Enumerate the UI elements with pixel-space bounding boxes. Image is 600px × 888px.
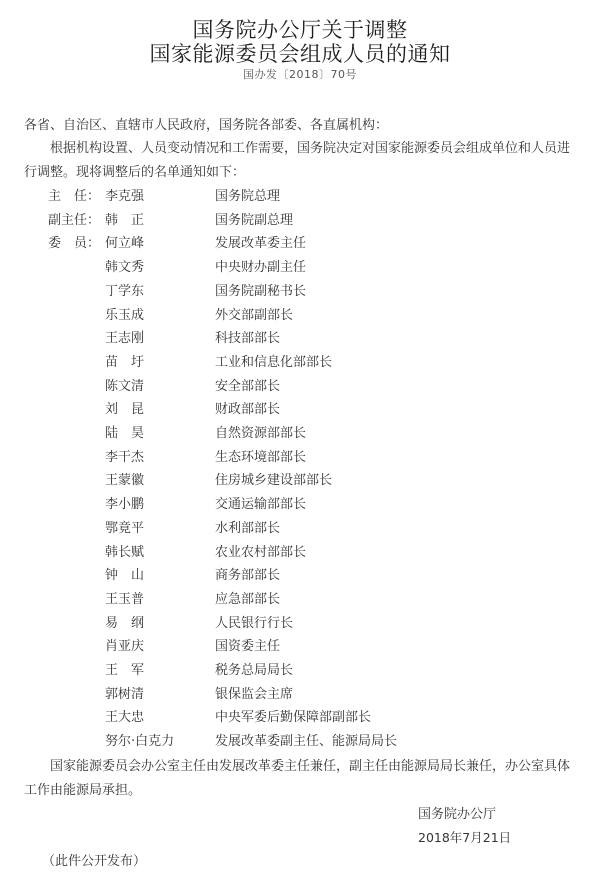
member-row: 刘 昆财政部部长 bbox=[0, 398, 600, 422]
closing-paragraph: 国家能源委员会办公室主任由发展改革委主任兼任，副主任由能源局局长兼任，办公室具体… bbox=[24, 755, 580, 802]
member-position: 商务部部长 bbox=[215, 564, 280, 588]
member-row: 易 纲人民银行行长 bbox=[0, 612, 600, 636]
member-position: 中央军委后勤保障部副部长 bbox=[215, 706, 371, 730]
member-position: 应急部部长 bbox=[215, 588, 280, 612]
public-release-note: （此件公开发布） bbox=[42, 850, 146, 873]
member-row: 委 员：何立峰发展改革委主任 bbox=[0, 232, 600, 256]
member-position: 安全部部长 bbox=[215, 375, 280, 399]
member-name: 王玉普 bbox=[105, 588, 144, 612]
member-name: 鄂竟平 bbox=[105, 517, 144, 541]
signature-date: 2018年7月21日 bbox=[418, 826, 511, 849]
member-position: 住房城乡建设部部长 bbox=[215, 469, 332, 493]
member-row: 李干杰生态环境部部长 bbox=[0, 446, 600, 470]
member-position: 外交部副部长 bbox=[215, 304, 293, 328]
member-position: 国务院总理 bbox=[215, 185, 280, 209]
member-row: 韩长赋农业农村部部长 bbox=[0, 541, 600, 565]
member-row: 王大忠中央军委后勤保障部副部长 bbox=[0, 706, 600, 730]
member-row: 努尔·白克力发展改革委副主任、能源局局长 bbox=[0, 730, 600, 754]
member-name: 易 纲 bbox=[105, 612, 144, 636]
member-name: 陆 昊 bbox=[105, 422, 144, 446]
member-row: 钟 山商务部部长 bbox=[0, 564, 600, 588]
member-position: 水利部部长 bbox=[215, 517, 280, 541]
member-role: 副主任： bbox=[48, 209, 106, 233]
member-row: 主 任：李克强国务院总理 bbox=[0, 185, 600, 209]
member-name: 韩文秀 bbox=[105, 256, 144, 280]
member-row: 王 军税务总局局长 bbox=[0, 659, 600, 683]
member-name: 乐玉成 bbox=[105, 304, 144, 328]
member-row: 肖亚庆国资委主任 bbox=[0, 635, 600, 659]
member-name: 郭树清 bbox=[105, 683, 144, 707]
member-name: 丁学东 bbox=[105, 280, 144, 304]
addressee-line: 各省、自治区、直辖市人民政府，国务院各部委、各直属机构： bbox=[24, 114, 580, 138]
member-position: 国务院副总理 bbox=[215, 209, 293, 233]
member-row: 鄂竟平水利部部长 bbox=[0, 517, 600, 541]
member-position: 财政部部长 bbox=[215, 398, 280, 422]
member-row: 王志刚科技部部长 bbox=[0, 327, 600, 351]
member-position: 农业农村部部长 bbox=[215, 541, 306, 565]
member-position: 自然资源部部长 bbox=[215, 422, 306, 446]
member-name: 王 军 bbox=[105, 659, 144, 683]
member-name: 王蒙徽 bbox=[105, 469, 144, 493]
member-row: 李小鹏交通运输部部长 bbox=[0, 493, 600, 517]
member-position: 科技部部长 bbox=[215, 327, 280, 351]
member-name: 何立峰 bbox=[105, 232, 144, 256]
member-position: 银保监会主席 bbox=[215, 683, 293, 707]
member-name: 韩 正 bbox=[105, 209, 144, 233]
document-title-line-1: 国务院办公厅关于调整 bbox=[0, 18, 600, 42]
member-position: 国资委主任 bbox=[215, 635, 280, 659]
member-name: 李克强 bbox=[105, 185, 144, 209]
member-position: 国务院副秘书长 bbox=[215, 280, 306, 304]
body-paragraph: 根据机构设置、人员变动情况和工作需要，国务院决定对国家能源委员会组成单位和人员进… bbox=[24, 137, 580, 184]
member-name: 陈文清 bbox=[105, 375, 144, 399]
member-row: 王玉普应急部部长 bbox=[0, 588, 600, 612]
member-row: 丁学东国务院副秘书长 bbox=[0, 280, 600, 304]
member-row: 郭树清银保监会主席 bbox=[0, 683, 600, 707]
member-role: 主 任： bbox=[48, 185, 106, 209]
member-name: 肖亚庆 bbox=[105, 635, 144, 659]
member-name: 王大忠 bbox=[105, 706, 144, 730]
member-name: 苗 圩 bbox=[105, 351, 144, 375]
member-name: 李干杰 bbox=[105, 446, 144, 470]
member-row: 苗 圩工业和信息化部部长 bbox=[0, 351, 600, 375]
member-role: 委 员： bbox=[48, 232, 106, 256]
member-row: 副主任：韩 正国务院副总理 bbox=[0, 209, 600, 233]
document-number: 国办发〔2018〕70号 bbox=[0, 68, 600, 82]
member-name: 王志刚 bbox=[105, 327, 144, 351]
signature-organization: 国务院办公厅 bbox=[418, 803, 496, 826]
document-title-line-2: 国家能源委员会组成人员的通知 bbox=[0, 42, 600, 66]
member-name: 韩长赋 bbox=[105, 541, 144, 565]
member-row: 王蒙徽住房城乡建设部部长 bbox=[0, 469, 600, 493]
member-position: 中央财办副主任 bbox=[215, 256, 306, 280]
member-position: 发展改革委主任 bbox=[215, 232, 306, 256]
member-position: 税务总局局长 bbox=[215, 659, 293, 683]
member-name: 努尔·白克力 bbox=[105, 730, 174, 754]
member-name: 李小鹏 bbox=[105, 493, 144, 517]
member-name: 刘 昆 bbox=[105, 398, 144, 422]
member-position: 生态环境部部长 bbox=[215, 446, 306, 470]
member-name: 钟 山 bbox=[105, 564, 144, 588]
member-position: 人民银行行长 bbox=[215, 612, 293, 636]
member-position: 发展改革委副主任、能源局局长 bbox=[215, 730, 397, 754]
member-position: 交通运输部部长 bbox=[215, 493, 306, 517]
member-row: 乐玉成外交部副部长 bbox=[0, 304, 600, 328]
member-position: 工业和信息化部部长 bbox=[215, 351, 332, 375]
member-row: 陆 昊自然资源部部长 bbox=[0, 422, 600, 446]
member-row: 韩文秀中央财办副主任 bbox=[0, 256, 600, 280]
member-row: 陈文清安全部部长 bbox=[0, 375, 600, 399]
